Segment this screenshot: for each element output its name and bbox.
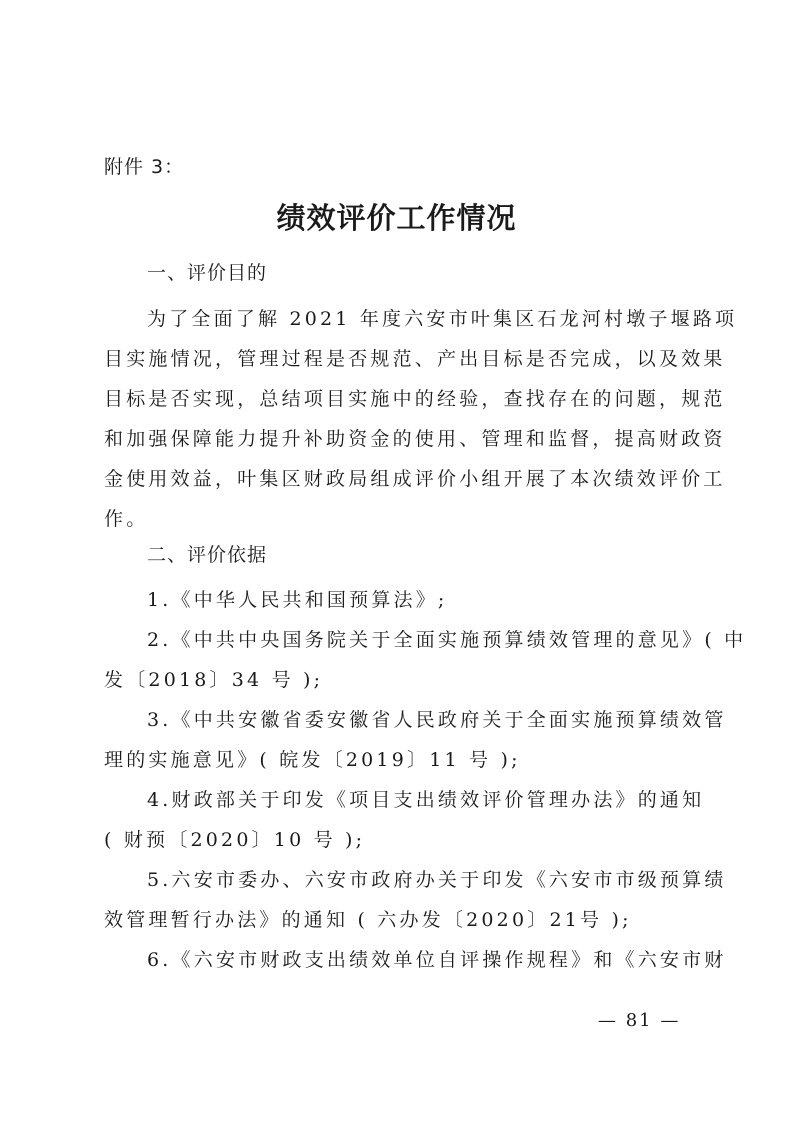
purpose-paragraph: 为了全面了解 2021 年度六安市叶集区石龙河村墩子堰路项 目实施情况，管理过程… bbox=[104, 299, 690, 539]
paragraph-line: 目实施情况，管理过程是否规范、产出目标是否完成，以及效果 bbox=[104, 339, 690, 379]
section-heading-basis: 二、评价依据 bbox=[147, 540, 267, 567]
list-item-line: 5.六安市委办、六安市政府办关于印发《六安市市级预算绩 bbox=[104, 860, 690, 900]
list-item-line: 3.《中共安徽省委安徽省人民政府关于全面实施预算绩效管 bbox=[104, 700, 690, 740]
attachment-label: 附件 3： bbox=[104, 152, 184, 179]
paragraph-line: 作。 bbox=[104, 499, 690, 539]
list-item-line: 6.《六安市财政支出绩效单位自评操作规程》和《六安市财 bbox=[104, 940, 690, 980]
list-item-line: 2.《中共中央国务院关于全面实施预算绩效管理的意见》( 中 bbox=[104, 620, 690, 660]
paragraph-line: 为了全面了解 2021 年度六安市叶集区石龙河村墩子堰路项 bbox=[104, 299, 690, 339]
paragraph-line: 金使用效益，叶集区财政局组成评价小组开展了本次绩效评价工 bbox=[104, 459, 690, 499]
page-number: — 81 — bbox=[598, 1010, 680, 1031]
list-item-line: 效管理暂行办法》的通知 ( 六办发〔2020〕21号 ); bbox=[104, 900, 690, 940]
list-item-line: 4.财政部关于印发《项目支出绩效评价管理办法》的通知 bbox=[104, 780, 690, 820]
paragraph-line: 目标是否实现，总结项目实施中的经验，查找存在的问题，规范 bbox=[104, 379, 690, 419]
document-page: 附件 3： 绩效评价工作情况 一、评价目的 为了全面了解 2021 年度六安市叶… bbox=[0, 0, 793, 1122]
list-item-line: ( 财预〔2020〕10 号 ); bbox=[104, 820, 690, 860]
basis-list: 1.《中华人民共和国预算法》; 2.《中共中央国务院关于全面实施预算绩效管理的意… bbox=[104, 580, 690, 980]
list-item-line: 1.《中华人民共和国预算法》; bbox=[104, 580, 690, 620]
list-item-line: 发〔2018〕34 号 ); bbox=[104, 660, 690, 700]
paragraph-line: 和加强保障能力提升补助资金的使用、管理和监督，提高财政资 bbox=[104, 419, 690, 459]
page-title: 绩效评价工作情况 bbox=[0, 196, 793, 237]
section-heading-purpose: 一、评价目的 bbox=[147, 258, 267, 285]
list-item-line: 理的实施意见》( 皖发〔2019〕11 号 ); bbox=[104, 740, 690, 780]
